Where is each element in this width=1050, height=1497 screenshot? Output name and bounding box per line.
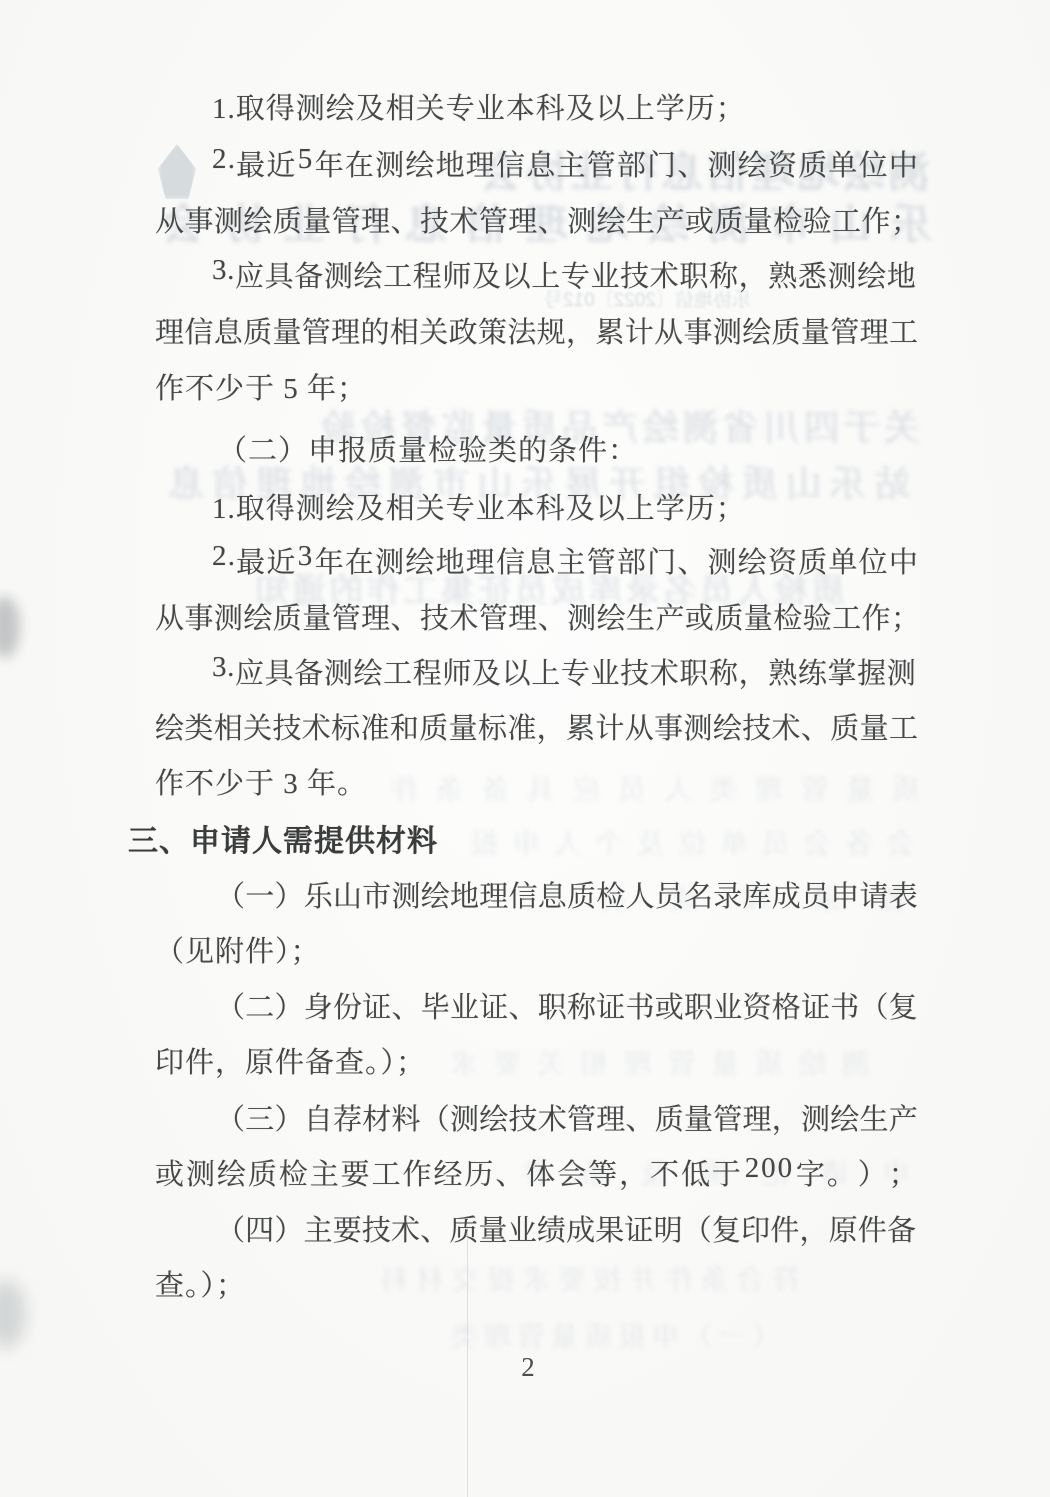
document-page: { "page": { "number": "2" }, "doc": { "l… [0,0,1050,1497]
page-number: 2 [463,1352,593,1383]
text-line: 2.最近 5 年在测绘地理信息主管部门、测绘资质单位中 [212,143,918,184]
text-line: 或测绘质检主要工作经历、体会等，不低于 200 字。）； [155,1152,918,1193]
text-line: 1.取得测绘及相关专业本科及以上学历； [212,86,746,127]
text-line: （二）申报质量检验类的条件： [218,428,638,469]
text-line: 印件，原件备查。）； [155,1040,426,1081]
text-line: 理信息质量管理的相关政策法规，累计从事测绘质量管理工 [155,310,918,351]
text-line: （四）主要技术、质量业绩成果证明（复印件，原件备 [216,1208,916,1249]
text-line: 查。）； [155,1263,246,1304]
text-line: 3.应具备测绘工程师及以上专业技术职称，熟练掌握测 [212,651,916,692]
text-line: 从事测绘质量管理、技术管理、测绘生产或质量检验工作； [155,199,920,240]
text-line: （二）身份证、毕业证、职称证书或职业资格证书（复 [216,985,918,1026]
text-line: 2.最近 3 年在测绘地理信息主管部门、测绘资质单位中 [212,540,918,581]
text-line: 3.应具备测绘工程师及以上专业技术职称，熟悉测绘地 [212,254,916,295]
text-line: （三）自荐材料（测绘技术管理、质量管理，测绘生产 [216,1097,918,1138]
text-line: 作不少于 5 年； [155,366,367,407]
text-line: 1.取得测绘及相关专业本科及以上学历； [212,486,746,527]
text-line: （见附件）； [155,929,321,970]
text-line: （一）乐山市测绘地理信息质检人员名录库成员申请表 [216,874,918,915]
text-line: 绘类相关技术标准和质量标准，累计从事测绘技术、质量工 [155,706,918,747]
text-line: 作不少于 3 年。 [155,761,367,802]
section-heading: 三、申请人需提供材料 [128,816,438,860]
text-line: 从事测绘质量管理、技术管理、测绘生产或质量检验工作； [155,596,920,637]
